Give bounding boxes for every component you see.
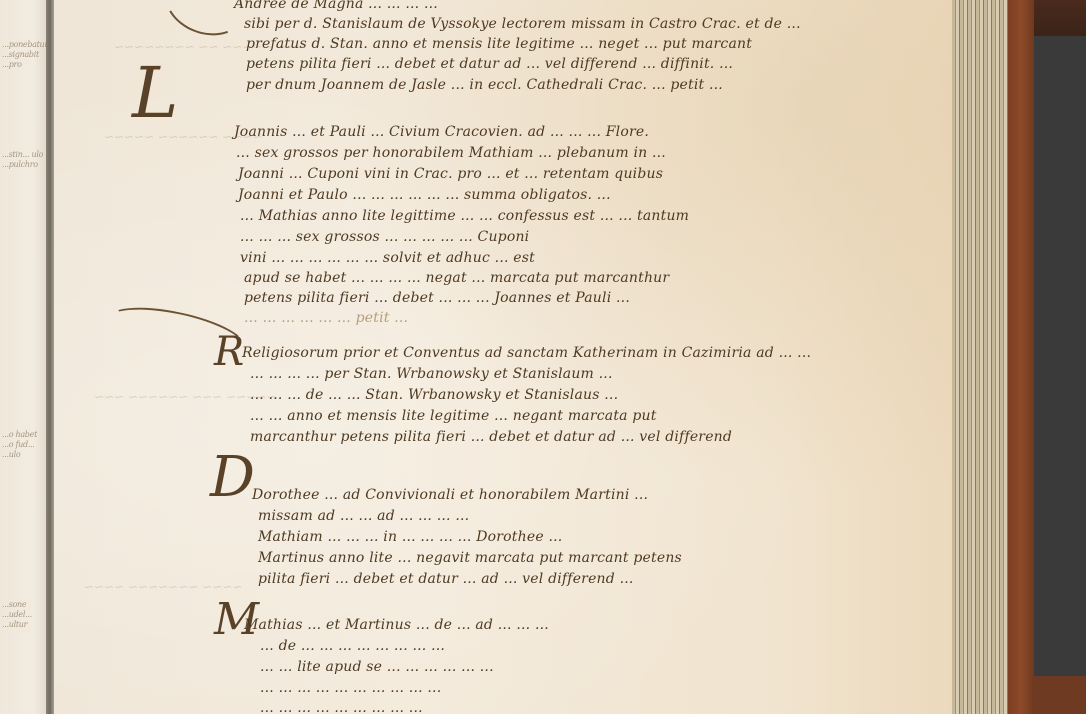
text-line: ... ... ... de ... ... Stan. Wrbanowsky … <box>250 387 618 403</box>
text-line: prefatus d. Stan. anno et mensis lite le… <box>246 36 752 52</box>
cover-bottom <box>1034 676 1086 714</box>
text-line: ... Mathias anno lite legittime ... ... … <box>240 208 689 224</box>
margin-note: ...sone ...udel... ...ultur <box>2 600 46 630</box>
book-gutter <box>46 0 54 714</box>
text-line: sibi per d. Stanislaum de Vyssokye lecto… <box>244 16 801 32</box>
left-page-sliver: ...ponebatur ...signabit ...pro ...stin.… <box>0 0 48 714</box>
text-line: ... sex grossos per honorabilem Mathiam … <box>236 145 666 161</box>
text-line: petens pilita fieri ... debet et datur a… <box>246 56 733 72</box>
text-line: Martinus anno lite ... negavit marcata p… <box>258 550 682 566</box>
margin-note: ...ponebatur ...signabit ...pro <box>2 40 46 70</box>
text-line: ... ... ... ... ... ... petit ... <box>244 310 408 326</box>
text-line: petens pilita fieri ... debet ... ... ..… <box>244 290 630 306</box>
manuscript-page: ~~~ ~~~~~ ~~ ~~~~~~~~ ~~~~ ~~~~~~ ~~~~~ … <box>54 0 952 714</box>
text-line: marcanthur petens pilita fieri ... debet… <box>250 429 732 445</box>
text-line: ... ... ... sex grossos ... ... ... ... … <box>240 229 529 245</box>
dark-backdrop <box>1034 36 1086 676</box>
text-line: missam ad ... ... ad ... ... ... ... <box>258 508 469 524</box>
text-line: Mathias ... et Martinus ... de ... ad ..… <box>244 617 549 633</box>
text-line: Mathiam ... ... ... in ... ... ... ... D… <box>258 529 562 545</box>
text-line: per dnum Joannem de Jasle ... in eccl. C… <box>246 77 723 93</box>
text-line: ... ... ... ... ... ... ... ... ... <box>260 700 423 714</box>
leather-cover-edge <box>1008 0 1034 714</box>
text-line: ... de ... ... ... ... ... ... ... ... <box>260 638 445 654</box>
cover-top <box>1034 0 1086 36</box>
text-line: ... ... anno et mensis lite legitime ...… <box>250 408 657 424</box>
text-line: Andree de Magna ... ... ... ... <box>234 0 438 12</box>
text-line: pilita fieri ... debet et datur ... ad .… <box>258 571 634 587</box>
decorated-initial: D <box>210 450 255 506</box>
text-line: vini ... ... ... ... ... ... solvit et a… <box>240 250 535 266</box>
text-line: apud se habet ... ... ... ... negat ... … <box>244 270 669 286</box>
text-line: ... ... lite apud se ... ... ... ... ...… <box>260 659 494 675</box>
margin-note: ...stin... ulo ...pulchro <box>2 150 46 170</box>
decorated-initial: R <box>214 332 244 372</box>
text-line: Joanni et Paulo ... ... ... ... ... ... … <box>238 187 611 203</box>
decorated-initial: L <box>132 58 178 128</box>
bleed-through-text: ~~~~ ~~~~~~~ ~~~~ <box>84 580 242 594</box>
manuscript-photo: ...ponebatur ...signabit ...pro ...stin.… <box>0 0 1086 714</box>
margin-note: ...o habet ...o fud... ...ulo <box>2 430 46 460</box>
text-line: Religiosorum prior et Conventus ad sanct… <box>242 345 811 361</box>
text-line: Joannis ... et Pauli ... Civium Cracovie… <box>234 124 649 140</box>
text-line: Joanni ... Cuponi vini in Crac. pro ... … <box>238 166 663 182</box>
page-block-edges <box>952 0 1008 714</box>
text-line: ... ... ... ... per Stan. Wrbanowsky et … <box>250 366 613 382</box>
text-line: Dorothee ... ad Convivionali et honorabi… <box>252 487 648 503</box>
text-line: ... ... ... ... ... ... ... ... ... ... <box>260 680 441 696</box>
